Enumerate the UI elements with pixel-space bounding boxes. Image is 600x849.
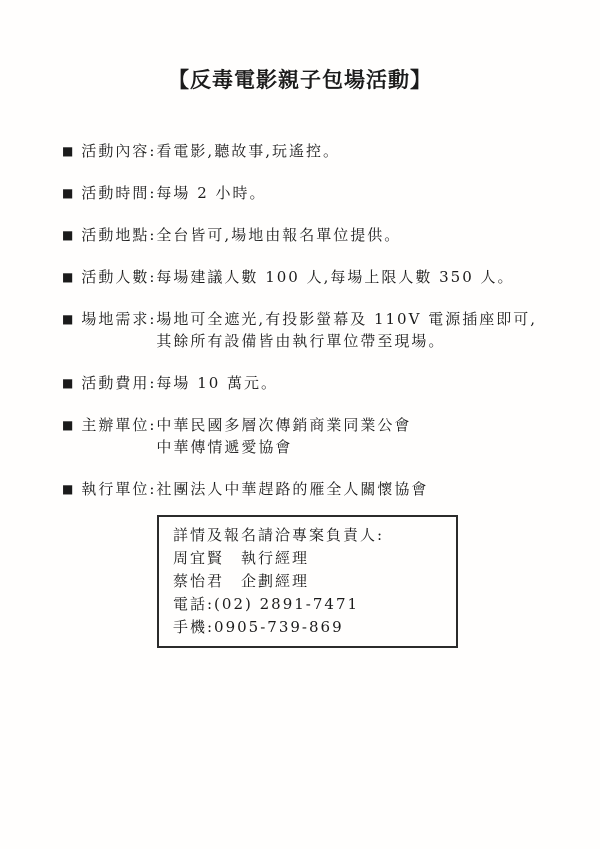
contact-intro: 詳情及報名請洽專案負責人: bbox=[173, 524, 442, 547]
item-content: 每場 2 小時。 bbox=[156, 182, 266, 204]
bullet-square-icon: ■ bbox=[62, 266, 75, 288]
item-label: 活動費用: bbox=[81, 372, 156, 394]
item-label: 主辦單位: bbox=[81, 414, 156, 436]
list-item-activity-headcount: ■ 活動人數: 每場建議人數 100 人,每場上限人數 350 人。 bbox=[62, 266, 582, 288]
item-line: 中華傳情遞愛協會 bbox=[156, 436, 411, 458]
item-label: 活動時間: bbox=[81, 182, 156, 204]
list-item-executing-unit: ■ 執行單位: 社團法人中華趕路的雁全人關懷協會 bbox=[62, 478, 582, 500]
contact-phone: 電話:(02) 2891-7471 bbox=[173, 593, 442, 616]
item-line: 每場 2 小時。 bbox=[156, 182, 266, 204]
item-content: 每場建議人數 100 人,每場上限人數 350 人。 bbox=[156, 266, 514, 288]
list-item-activity-fee: ■ 活動費用: 每場 10 萬元。 bbox=[62, 372, 582, 394]
item-line: 全台皆可,場地由報名單位提供。 bbox=[156, 224, 401, 246]
item-line: 社團法人中華趕路的雁全人關懷協會 bbox=[156, 478, 428, 500]
item-label: 執行單位: bbox=[81, 478, 156, 500]
item-line: 其餘所有設備皆由執行單位帶至現場。 bbox=[156, 330, 537, 352]
list-item-activity-location: ■ 活動地點: 全台皆可,場地由報名單位提供。 bbox=[62, 224, 582, 246]
item-label: 活動內容: bbox=[81, 140, 156, 162]
list-item-activity-time: ■ 活動時間: 每場 2 小時。 bbox=[62, 182, 582, 204]
document-page: 【反毒電影親子包場活動】 ■ 活動內容: 看電影,聽故事,玩遙控。 ■ 活動時間… bbox=[0, 0, 600, 849]
contact-box: 詳情及報名請洽專案負責人: 周宜賢 執行經理 蔡怡君 企劃經理 電話:(02) … bbox=[157, 515, 458, 648]
contact-person-1: 周宜賢 執行經理 bbox=[173, 547, 442, 570]
item-label: 場地需求: bbox=[81, 308, 156, 330]
bullet-square-icon: ■ bbox=[62, 140, 75, 162]
item-content: 全台皆可,場地由報名單位提供。 bbox=[156, 224, 401, 246]
item-label: 活動人數: bbox=[81, 266, 156, 288]
bullet-square-icon: ■ bbox=[62, 372, 75, 394]
item-line: 每場 10 萬元。 bbox=[156, 372, 278, 394]
list-item-venue-requirements: ■ 場地需求: 場地可全遮光,有投影螢幕及 110V 電源插座即可, 其餘所有設… bbox=[62, 308, 582, 352]
item-content: 社團法人中華趕路的雁全人關懷協會 bbox=[156, 478, 428, 500]
contact-mobile: 手機:0905-739-869 bbox=[173, 616, 442, 639]
item-line: 場地可全遮光,有投影螢幕及 110V 電源插座即可, bbox=[156, 308, 537, 330]
item-label: 活動地點: bbox=[81, 224, 156, 246]
item-content: 場地可全遮光,有投影螢幕及 110V 電源插座即可, 其餘所有設備皆由執行單位帶… bbox=[156, 308, 537, 352]
bullet-list: ■ 活動內容: 看電影,聽故事,玩遙控。 ■ 活動時間: 每場 2 小時。 ■ … bbox=[0, 140, 600, 500]
item-line: 中華民國多層次傳銷商業同業公會 bbox=[156, 414, 411, 436]
bullet-square-icon: ■ bbox=[62, 478, 75, 500]
page-title: 【反毒電影親子包場活動】 bbox=[0, 0, 600, 94]
list-item-organizer: ■ 主辦單位: 中華民國多層次傳銷商業同業公會 中華傳情遞愛協會 bbox=[62, 414, 582, 458]
item-content: 中華民國多層次傳銷商業同業公會 中華傳情遞愛協會 bbox=[156, 414, 411, 458]
contact-person-2: 蔡怡君 企劃經理 bbox=[173, 570, 442, 593]
item-content: 每場 10 萬元。 bbox=[156, 372, 278, 394]
bullet-square-icon: ■ bbox=[62, 308, 75, 330]
bullet-square-icon: ■ bbox=[62, 182, 75, 204]
bullet-square-icon: ■ bbox=[62, 224, 75, 246]
item-line: 看電影,聽故事,玩遙控。 bbox=[156, 140, 340, 162]
bullet-square-icon: ■ bbox=[62, 414, 75, 436]
item-line: 每場建議人數 100 人,每場上限人數 350 人。 bbox=[156, 266, 514, 288]
item-content: 看電影,聽故事,玩遙控。 bbox=[156, 140, 340, 162]
list-item-activity-content: ■ 活動內容: 看電影,聽故事,玩遙控。 bbox=[62, 140, 582, 162]
